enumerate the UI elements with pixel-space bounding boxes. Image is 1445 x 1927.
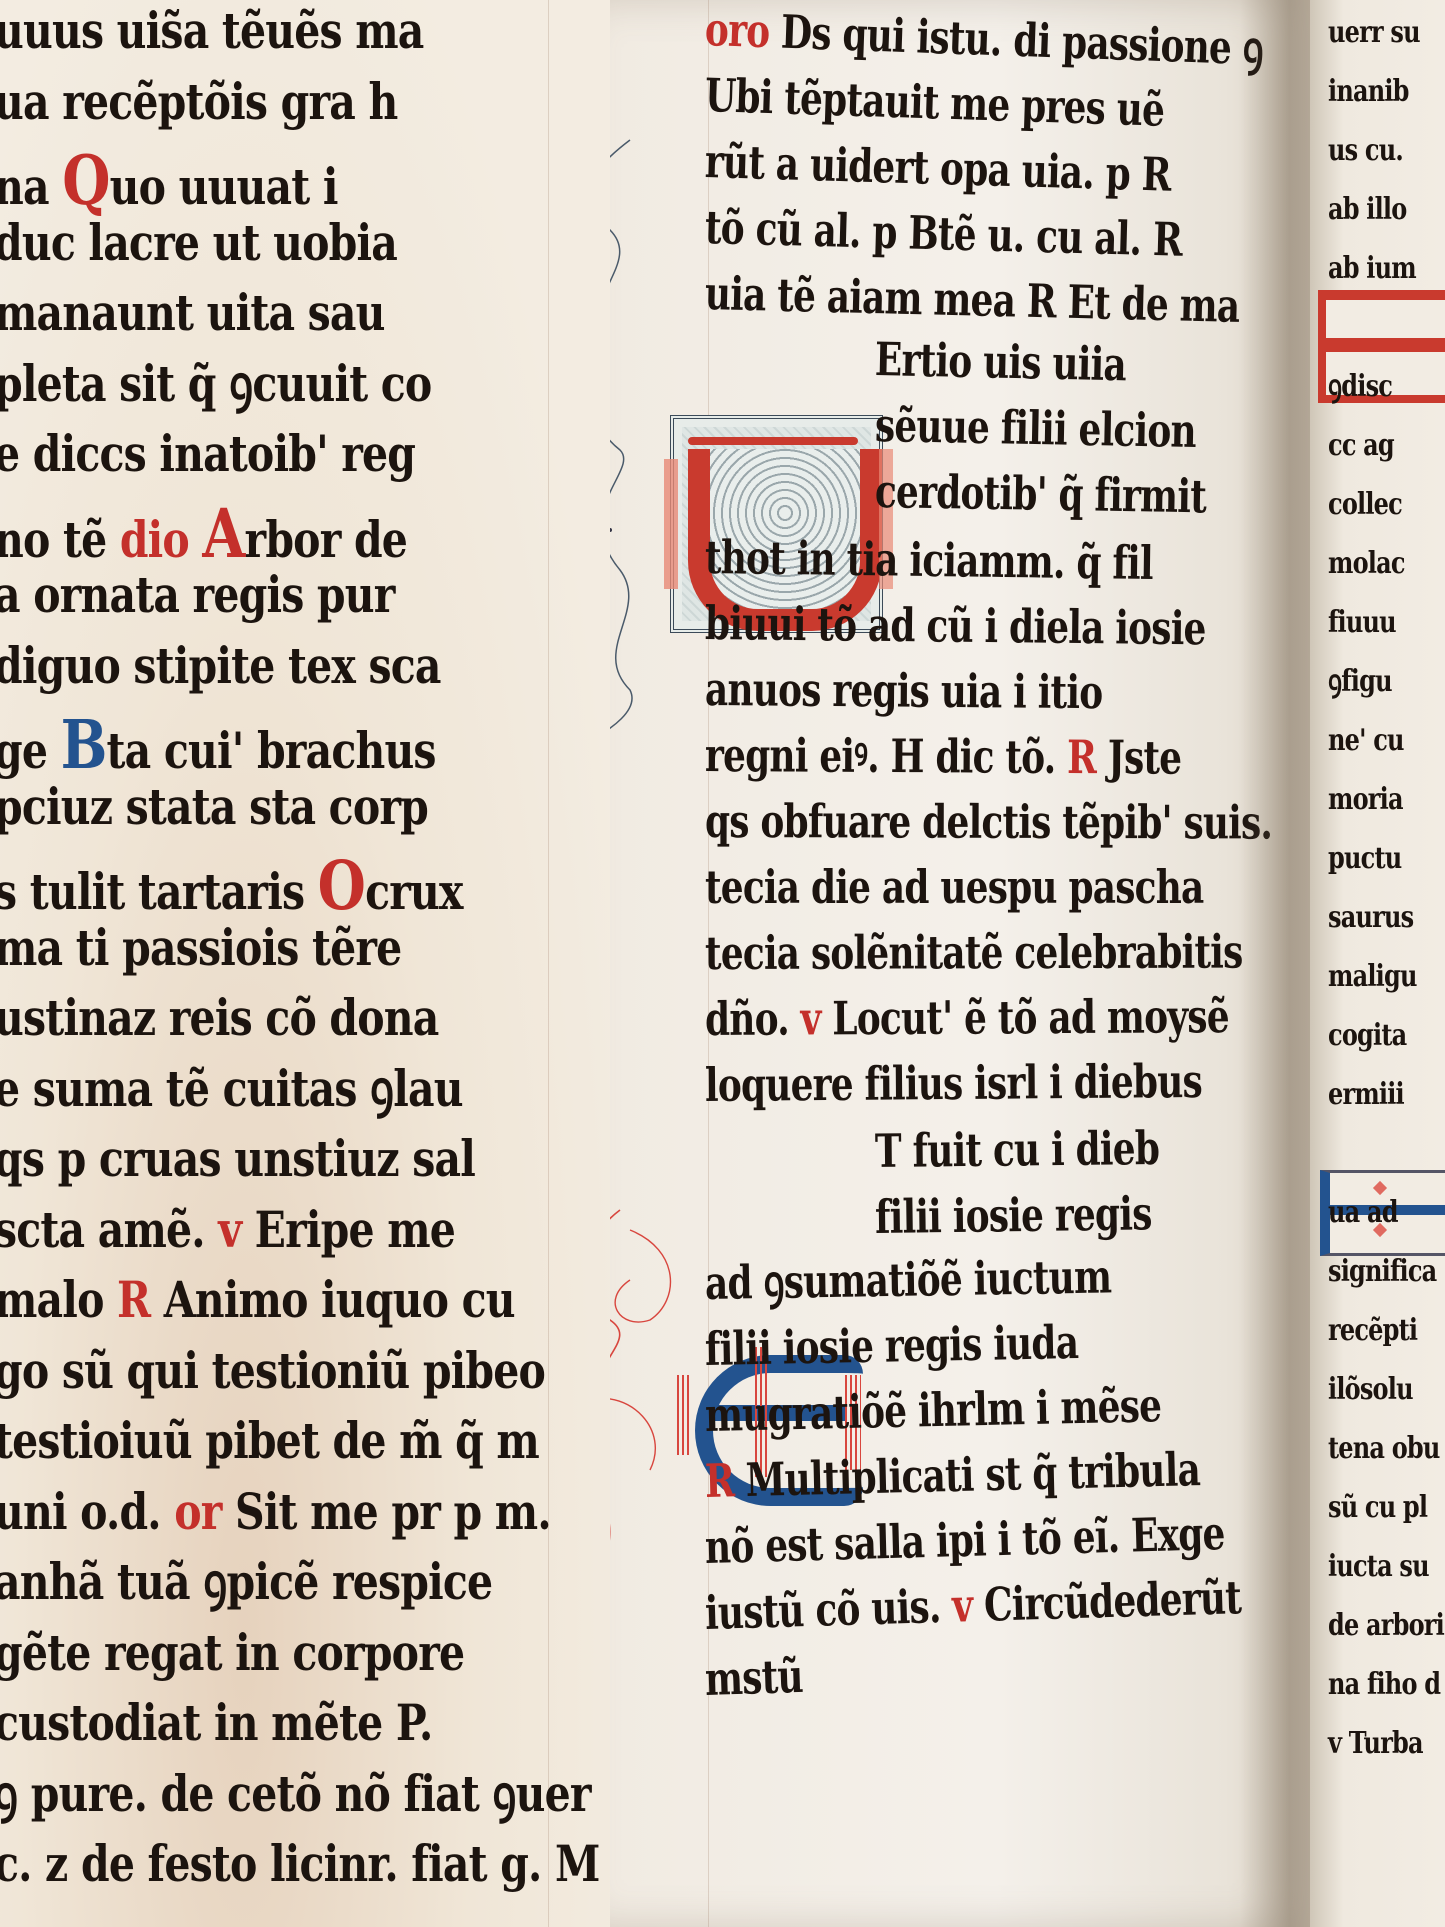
manuscript-line: anuos regis uia i itio [705, 666, 1103, 715]
manuscript-line: qs p cruas unstiuz sal [0, 1134, 475, 1184]
manuscript-line: T fuit cu i dieb [875, 1125, 1160, 1174]
manuscript-line: maligu [1328, 962, 1417, 992]
manuscript-line: uni o.d. or Sit me pr p m. [0, 1487, 551, 1537]
manuscript-line: manaunt uita sau [0, 288, 385, 338]
manuscript-line: molac [1328, 549, 1405, 579]
manuscript-line: ne' cu [1328, 726, 1404, 756]
manuscript-line: thot in tia iciamm. q̃ fil [705, 534, 1153, 586]
manuscript-line: qs obfuare delctis tẽpib' suis. [705, 798, 1272, 846]
manuscript-line: filii iosie regis iuda [705, 1319, 1079, 1372]
manuscript-line: v Turba [1328, 1729, 1423, 1759]
manuscript-line: inanib [1328, 77, 1409, 107]
manuscript-line: filii iosie regis [875, 1190, 1152, 1240]
left-manuscript-page: uuus uis̃a tẽuẽs maua recẽptõis gra hna … [0, 0, 610, 1927]
manuscript-line: biuui tõ ad cũ i diela iosie [705, 600, 1206, 651]
manuscript-line: diguo stipite tex sca [0, 641, 441, 691]
manuscript-line: tõ cũ al. p Btẽ u. cu al. R [704, 204, 1182, 263]
manuscript-line: mugratiõẽ ihrlm i mẽse [705, 1382, 1162, 1438]
manuscript-line: cc ag [1328, 431, 1394, 461]
manuscript-line: ua ad [1328, 1198, 1398, 1228]
manuscript-line: e diccs inatoib' reg [0, 429, 415, 479]
manuscript-line: recẽpti [1328, 1316, 1417, 1346]
manuscript-line: tecia solẽnitatẽ celebrabitis [705, 929, 1243, 976]
manuscript-line: c. z de festo licinr. fiat g. M [0, 1839, 600, 1889]
manuscript-line: e suma tẽ cuitas ꝯlau [0, 1064, 463, 1114]
pen-flourish-decoration [610, 130, 650, 750]
rubric: dio [120, 510, 189, 569]
rubric: R [1067, 730, 1096, 784]
rubric: oro [704, 2, 770, 58]
manuscript-line: fiuuu [1328, 608, 1396, 638]
manuscript-line: oro Ds qui istu. di passione ꝯ [704, 6, 1264, 71]
margin-ruling [548, 0, 549, 1927]
manuscript-line: significa [1328, 1257, 1436, 1287]
manuscript-line: ustinaz reis cõ dona [0, 993, 439, 1043]
manuscript-line: mstũ [704, 1653, 803, 1702]
manuscript-line: moria [1328, 785, 1403, 815]
manuscript-line: saurus [1328, 903, 1413, 933]
manuscript-line: regni eiꝰ. H dic tõ. R Jste [705, 732, 1182, 781]
manuscript-line: na Quo uuuat i [0, 147, 338, 215]
manuscript-line: na fiho d [1328, 1670, 1440, 1700]
manuscript-line: cerdotib' q̃ firmit [875, 468, 1207, 519]
manuscript-line: cogita [1328, 1021, 1406, 1051]
manuscript-line: duc lacre ut uobia [0, 218, 397, 268]
manuscript-line: ab illo [1328, 195, 1406, 225]
colored-initial: B [61, 705, 107, 784]
manuscript-line: uerr su [1328, 18, 1420, 48]
manuscript-line: ꝯdisc [1328, 372, 1392, 402]
manuscript-line: ermiii [1328, 1080, 1404, 1110]
manuscript-line: a ornata regis pur [0, 570, 395, 620]
manuscript-line: loquere filius isrl i diebus [705, 1058, 1202, 1108]
manuscript-line: us cu. [1328, 136, 1403, 166]
manuscript-line: tena obu [1328, 1434, 1440, 1464]
rubric: v [800, 991, 820, 1045]
manuscript-line: uia tẽ aiam mea R Et de ma [704, 270, 1239, 329]
manuscript-line: ge Bta cui' brachus [0, 711, 436, 779]
manuscript-line: iustũ cõ uis. v Circũdederũt [704, 1574, 1241, 1636]
manuscript-line: ma ti passiois tẽre [0, 923, 401, 973]
manuscript-line: de arbori [1328, 1611, 1444, 1641]
manuscript-line: R Multiplicati st q̃ tribula [704, 1446, 1200, 1504]
manuscript-line: pciuz stata sta corp [0, 782, 428, 832]
manuscript-line: iucta su [1328, 1552, 1429, 1582]
manuscript-line: gẽte regat in corpore [0, 1628, 464, 1678]
manuscript-line: testioiuũ pibet de m̃ q̃ m [0, 1416, 539, 1466]
rubric: v [951, 1578, 973, 1633]
manuscript-line: collec [1328, 490, 1402, 520]
manuscript-line: Ubi tẽptauit me pres uẽ [704, 72, 1165, 133]
manuscript-line: pleta sit q̃ ꝯcuuit co [0, 359, 431, 409]
manuscript-line: tecia die ad uespu pascha [705, 864, 1203, 910]
manuscript-line: sũ cu pl [1328, 1493, 1427, 1523]
manuscript-line: anhã tuã ꝯpicẽ respice [0, 1557, 492, 1607]
colored-initial: O [318, 846, 365, 925]
manuscript-line: nõ est salla ipi i tõ eĩ. Exge [704, 1510, 1225, 1570]
manuscript-line: no tẽ dio Arbor de [0, 500, 407, 568]
right-manuscript-page: uerr suinanibus cu.ab illoab iumꝯdisccc … [1310, 0, 1445, 1927]
manuscript-line: scta amẽ. v Eripe me [0, 1205, 455, 1255]
manuscript-line: go sũ qui testioniũ pibeo [0, 1346, 545, 1396]
manuscript-line: sẽuue filii elcion [875, 402, 1197, 454]
manuscript-line: uuus uis̃a tẽuẽs ma [0, 6, 424, 56]
manuscript-line: ab ium [1328, 254, 1416, 284]
red-pen-flourish-decoration [610, 1200, 700, 1780]
rubric: or [174, 1482, 221, 1541]
manuscript-line: custodiat in mẽte P. [0, 1698, 433, 1748]
manuscript-line: dño. v Locut' ẽ tõ ad moysẽ [705, 993, 1229, 1042]
manuscript-line: ꝯfigu [1328, 667, 1392, 697]
rubric: v [218, 1200, 241, 1259]
manuscript-line: ilõsolu [1328, 1375, 1413, 1405]
rubric: R [704, 1453, 734, 1508]
manuscript-line: s tulit tartaris Ocrux [0, 852, 463, 920]
rubric: R [117, 1270, 150, 1329]
center-manuscript-page: oro Ds qui istu. di passione ꝯUbi tẽptau… [610, 0, 1310, 1927]
colored-initial: Q [62, 141, 109, 220]
manuscript-line: Ertio uis uiia [875, 336, 1127, 387]
manuscript-line: ad ꝯsumatiõẽ iuctum [705, 1253, 1112, 1306]
manuscript-line: puctu [1328, 844, 1401, 874]
manuscript-line: ua recẽptõis gra h [0, 77, 397, 127]
manuscript-line: malo R Animo iuquo cu [0, 1275, 515, 1325]
manuscript-line: rũt a uidert opa uia. p R [704, 138, 1171, 198]
manuscript-line: ꝯ pure. de cetõ nõ fiat ꝯuer [0, 1769, 591, 1819]
colored-initial: A [202, 494, 244, 573]
